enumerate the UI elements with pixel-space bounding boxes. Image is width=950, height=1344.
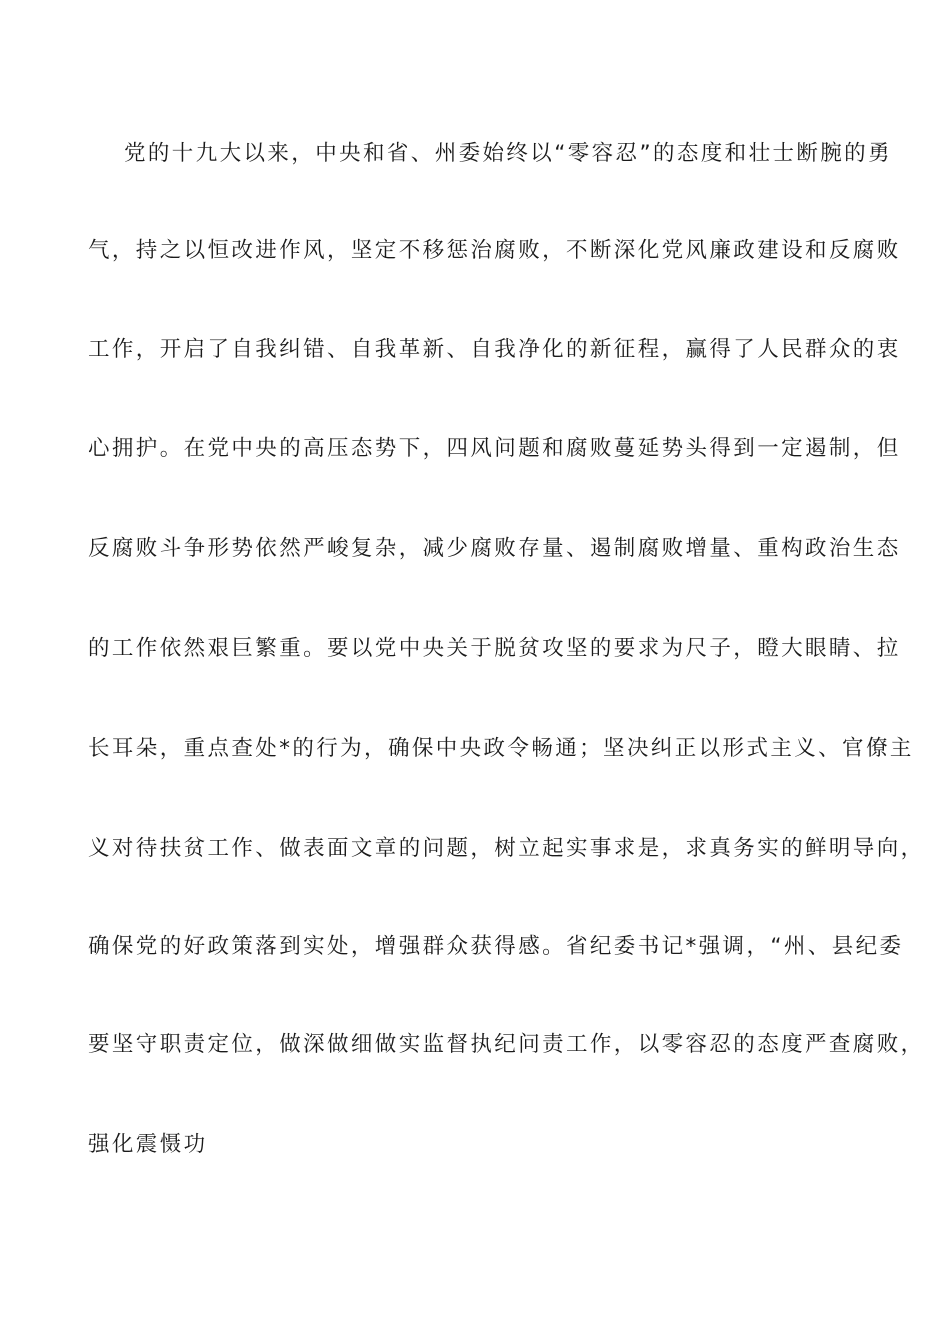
paragraph-line-4: 心拥护。在党中央的高压态势下，四风问题和腐败蔓延势头得到一定遏制，但 <box>88 434 878 464</box>
paragraph-line-5: 反腐败斗争形势依然严峻复杂，减少腐败存量、遏制腐败增量、重构政治生态 <box>88 534 878 564</box>
paragraph-line-9: 确保党的好政策落到实处，增强群众获得感。省纪委书记*强调，“州、县纪委 <box>88 932 878 962</box>
paragraph-line-11: 强化震慑功 <box>88 1130 878 1160</box>
paragraph-line-7: 长耳朵，重点查处*的行为，确保中央政令畅通；坚决纠正以形式主义、官僚主 <box>88 734 878 764</box>
paragraph-line-2: 气，持之以恒改进作风，坚定不移惩治腐败，不断深化党风廉政建设和反腐败 <box>88 236 878 266</box>
paragraph-line-1: 党的十九大以来，中央和省、州委始终以“零容忍”的态度和壮士断腕的勇 <box>124 139 878 169</box>
document-page: 党的十九大以来，中央和省、州委始终以“零容忍”的态度和壮士断腕的勇 气，持之以恒… <box>0 0 950 1344</box>
paragraph-line-3: 工作，开启了自我纠错、自我革新、自我净化的新征程，赢得了人民群众的衷 <box>88 335 878 365</box>
paragraph-line-8: 义对待扶贫工作、做表面文章的问题，树立起实事求是，求真务实的鲜明导向， <box>88 834 878 864</box>
paragraph-line-10: 要坚守职责定位，做深做细做实监督执纪问责工作，以零容忍的态度严查腐败， <box>88 1030 878 1060</box>
paragraph-line-6: 的工作依然艰巨繁重。要以党中央关于脱贫攻坚的要求为尺子，瞪大眼睛、拉 <box>88 634 878 664</box>
